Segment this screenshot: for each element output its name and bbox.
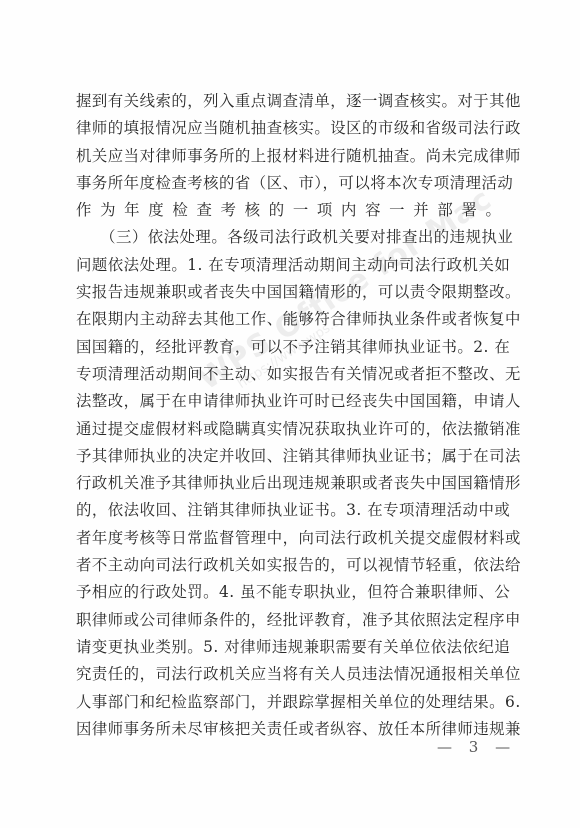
- text-line: 国国籍的，经批评教育，可以不予注销其律师执业证书。2. 在: [76, 334, 510, 361]
- text-line: 通过提交虚假材料或隐瞒真实情况获取执业许可的，依法撤销准: [76, 416, 510, 443]
- text-line: 者年度考核等日常监督管理中，向司法行政机关提交虚假材料或: [76, 525, 510, 552]
- page-number: — 3 —: [437, 738, 516, 756]
- text-line: 法整改，属于在申请律师执业许可时已经丧失中国国籍，申请人: [76, 388, 510, 415]
- text-line: 的，依法收回、注销其律师执业证书。3. 在专项清理活动中或: [76, 497, 510, 524]
- text-line: 予相应的行政处罚。4. 虽不能专职执业，但符合兼职律师、公: [76, 579, 510, 606]
- text-line: 实报告违规兼职或者丧失中国国籍情形的，可以责令限期整改。: [76, 279, 510, 306]
- text-line: 在限期内主动辞去其他工作、能够符合律师执业条件或者恢复中: [76, 306, 510, 333]
- text-line: 行政机关准予其律师执业后出现违规兼职或者丧失中国国籍情形: [76, 470, 510, 497]
- text-line: 事务所年度检查考核的省（区、市），可以将本次专项清理活动: [76, 170, 510, 197]
- section-heading-line: （三）依法处理。各级司法行政机关要对排查出的违规执业: [76, 224, 510, 251]
- text-line: 请变更执业类别。5. 对律师违规兼职需要有关单位依法依纪追: [76, 634, 510, 661]
- text-line: 机关应当对律师事务所的上报材料进行随机抽查。尚未完成律师: [76, 143, 510, 170]
- text-line: 人事部门和纪检监察部门，并跟踪掌握相关单位的处理结果。6.: [76, 689, 510, 716]
- text-line: 究责任的，司法行政机关应当将有关人员违法情况通报相关单位: [76, 661, 510, 688]
- text-line: 专项清理活动期间不主动、如实报告有关情况或者拒不整改、无: [76, 361, 510, 388]
- text-line: 予其律师执业的决定并收回、注销其律师执业证书；属于在司法: [76, 443, 510, 470]
- text-line: 职律师或公司律师条件的，经批评教育，准予其依照法定程序申: [76, 607, 510, 634]
- text-line: 者不主动向司法行政机关如实报告的，可以视情节轻重，依法给: [76, 552, 510, 579]
- text-line: 律师的填报情况应当随机抽查核实。设区的市级和省级司法行政: [76, 115, 510, 142]
- text-line: 问题依法处理。1. 在专项清理活动期间主动向司法行政机关如: [76, 252, 510, 279]
- text-line: 作为年度检查考核的一项内容一并部署。: [76, 197, 510, 224]
- body-text: 握到有关线索的，列入重点调查清单，逐一调查核实。对于其他 律师的填报情况应当随机…: [76, 88, 510, 743]
- document-page: WPS Office for Mac https://www.wps.cn 握到…: [0, 0, 580, 828]
- text-line: 握到有关线索的，列入重点调查清单，逐一调查核实。对于其他: [76, 88, 510, 115]
